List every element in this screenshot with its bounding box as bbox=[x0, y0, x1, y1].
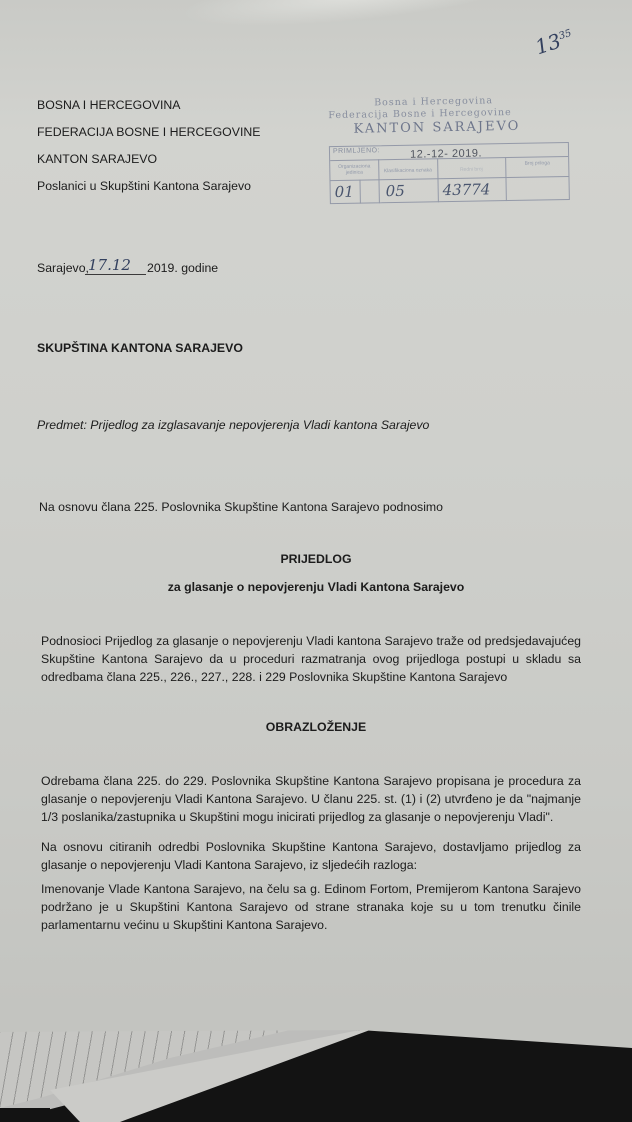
subject-line: Predmet: Prijedlog za izglasavanje nepov… bbox=[37, 418, 429, 432]
proposal-subtitle: za glasanje o nepovjerenju Vladi Kantona… bbox=[0, 580, 632, 594]
paragraph-request: Podnosioci Prijedlog za glasanje o nepov… bbox=[41, 632, 581, 686]
stamp-divider bbox=[378, 159, 380, 203]
stamp-received-label: PRIMLJENO: bbox=[333, 147, 380, 155]
date-prefix: Sarajevo, bbox=[37, 261, 89, 275]
header-federation: FEDERACIJA BOSNE I HERCEGOVINE bbox=[37, 125, 260, 139]
page-number-sup: 35 bbox=[557, 28, 573, 42]
light-glare bbox=[178, 0, 541, 39]
section-heading-rationale: OBRAZLOŽENJE bbox=[0, 720, 632, 734]
stamp-col-label: Organizaciona jedinica bbox=[332, 163, 376, 176]
paragraph-procedure: Odrebama člana 225. do 229. Poslovnika S… bbox=[41, 772, 581, 826]
receipt-stamp: Bosna i Hercegovina Federacija Bosne i H… bbox=[326, 94, 578, 208]
proposal-title: PRIJEDLOG bbox=[0, 552, 632, 566]
date-handwritten: 17.12 bbox=[88, 256, 131, 274]
paragraph-reasons: Imenovanje Vlade Kantona Sarajevo, na če… bbox=[41, 880, 581, 934]
stamp-col-label: Broj priloga bbox=[507, 160, 567, 167]
intro-line: Na osnovu člana 225. Poslovnika Skupštin… bbox=[39, 500, 443, 514]
handwritten-page-number: 1335 bbox=[532, 25, 576, 60]
header-country: BOSNA I HERCEGOVINA bbox=[37, 98, 181, 112]
stamp-org-unit: 01 bbox=[335, 183, 354, 201]
date-underline bbox=[85, 274, 146, 275]
background-surface bbox=[0, 1108, 50, 1122]
stamp-divider bbox=[437, 158, 439, 202]
addressee: SKUPŠTINA KANTONA SARAJEVO bbox=[37, 341, 243, 355]
header-sender: Poslanici u Skupštini Kantona Sarajevo bbox=[37, 179, 251, 193]
stamp-col-label: Redni broj bbox=[439, 166, 503, 173]
header-canton: KANTON SARAJEVO bbox=[37, 152, 157, 166]
stamp-class-code: 05 bbox=[386, 182, 405, 200]
stamp-serial-number: 43774 bbox=[443, 180, 491, 199]
stamp-canton: KANTON SARAJEVO bbox=[353, 119, 520, 137]
paragraph-basis: Na osnovu citiranih odredbi Poslovnika S… bbox=[41, 838, 581, 874]
stamp-divider bbox=[359, 180, 360, 204]
document-page: 1335 BOSNA I HERCEGOVINA FEDERACIJA BOSN… bbox=[0, 0, 632, 1122]
stamp-received-date: 12.-12- 2019. bbox=[410, 147, 482, 160]
stamp-col-label: Klasifikaciona oznaka bbox=[380, 167, 435, 174]
date-suffix: 2019. godine bbox=[147, 261, 218, 275]
stamp-country: Bosna i Hercegovina bbox=[374, 95, 493, 108]
stamp-table: PRIMLJENO: 12.-12- 2019. Organizaciona j… bbox=[329, 142, 570, 204]
